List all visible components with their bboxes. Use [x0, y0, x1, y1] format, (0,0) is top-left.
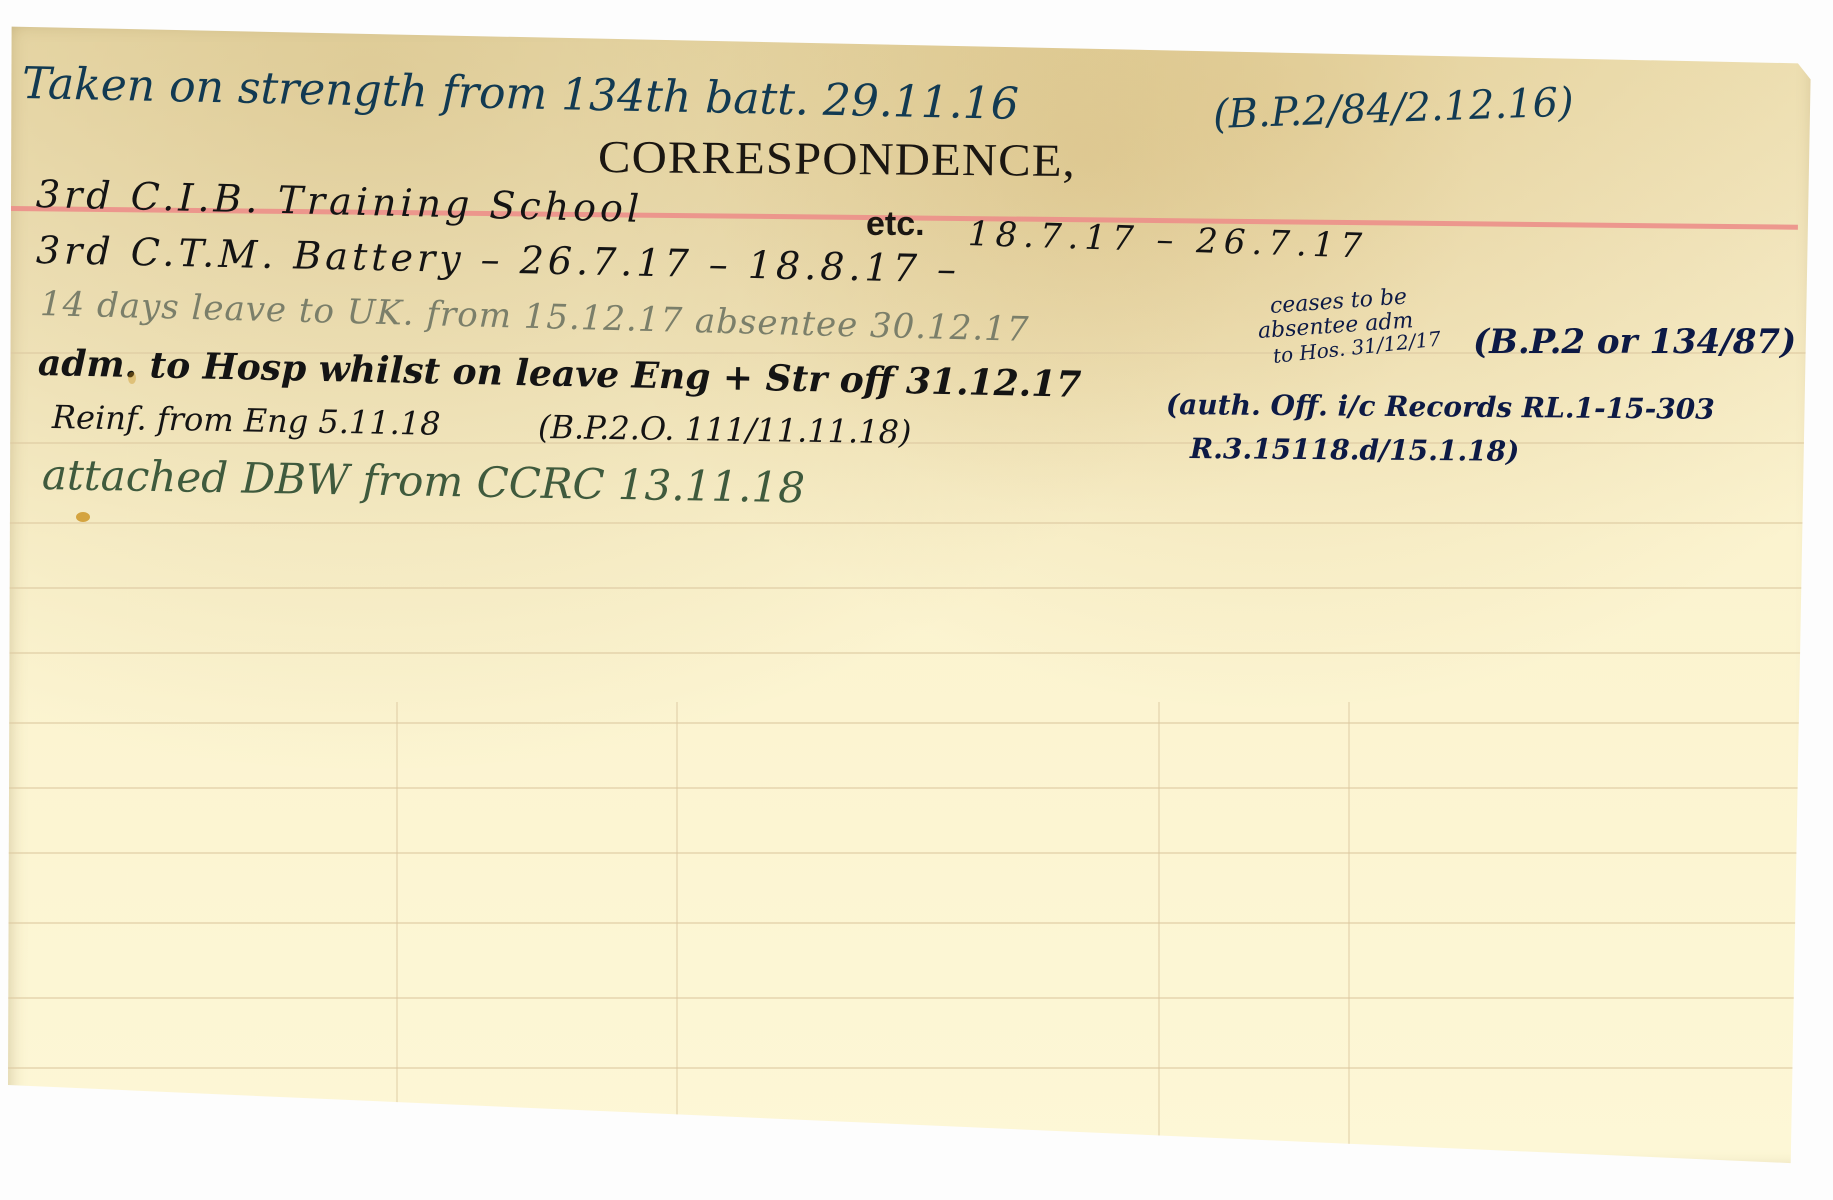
printed-heading: CORRESPONDENCE,	[598, 130, 1076, 187]
column-rule	[676, 702, 678, 1172]
paper-stain	[76, 512, 90, 522]
ruled-line	[8, 522, 1816, 524]
ruled-line	[8, 442, 1816, 444]
entry-tm-battery: 3rd C.T.M. Battery – 26.7.17 – 18.8.17 –	[36, 228, 961, 291]
entry-admitted-reference-line2: R.3.15118.d/15.1.18)	[1190, 432, 1520, 468]
ruled-line	[8, 787, 1816, 789]
ruled-line	[8, 922, 1816, 924]
record-card: CORRESPONDENCE, etc. Taken on strength f…	[8, 22, 1816, 1170]
column-rule	[396, 702, 398, 1172]
ruled-line	[8, 587, 1816, 589]
ruled-line	[8, 652, 1816, 654]
entry-reinforcement-reference: (B.P.2.O. 111/11.11.18)	[538, 408, 912, 451]
entry-training-school: 3rd C.I.B. Training School	[35, 172, 643, 231]
ruled-line	[8, 997, 1816, 999]
ruled-line	[8, 852, 1816, 854]
printed-subheading: etc.	[866, 205, 925, 244]
paper-stain	[128, 372, 136, 384]
column-rule	[1158, 702, 1160, 1172]
scan-background: CORRESPONDENCE, etc. Taken on strength f…	[0, 0, 1833, 1200]
entry-admitted-reference-line1: (auth. Off. i/c Records RL.1-15-303	[1166, 388, 1715, 426]
entry-taken-on-strength-reference: (B.P.2/84/2.12.16)	[1212, 79, 1574, 138]
column-rule	[1348, 702, 1350, 1172]
entry-leave-uk: 14 days leave to UK. from 15.12.17 absen…	[39, 284, 1029, 350]
entry-taken-on-strength: Taken on strength from 134th batt. 29.11…	[21, 58, 1019, 130]
ruled-line	[8, 1067, 1816, 1069]
ruled-line	[8, 722, 1816, 724]
entry-reinforcement: Reinf. from Eng 5.11.18	[52, 398, 441, 443]
entry-ceases-reference: (B.P.2 or 134/87)	[1473, 322, 1796, 362]
entry-attached: attached DBW from CCRC 13.11.18	[42, 450, 806, 512]
